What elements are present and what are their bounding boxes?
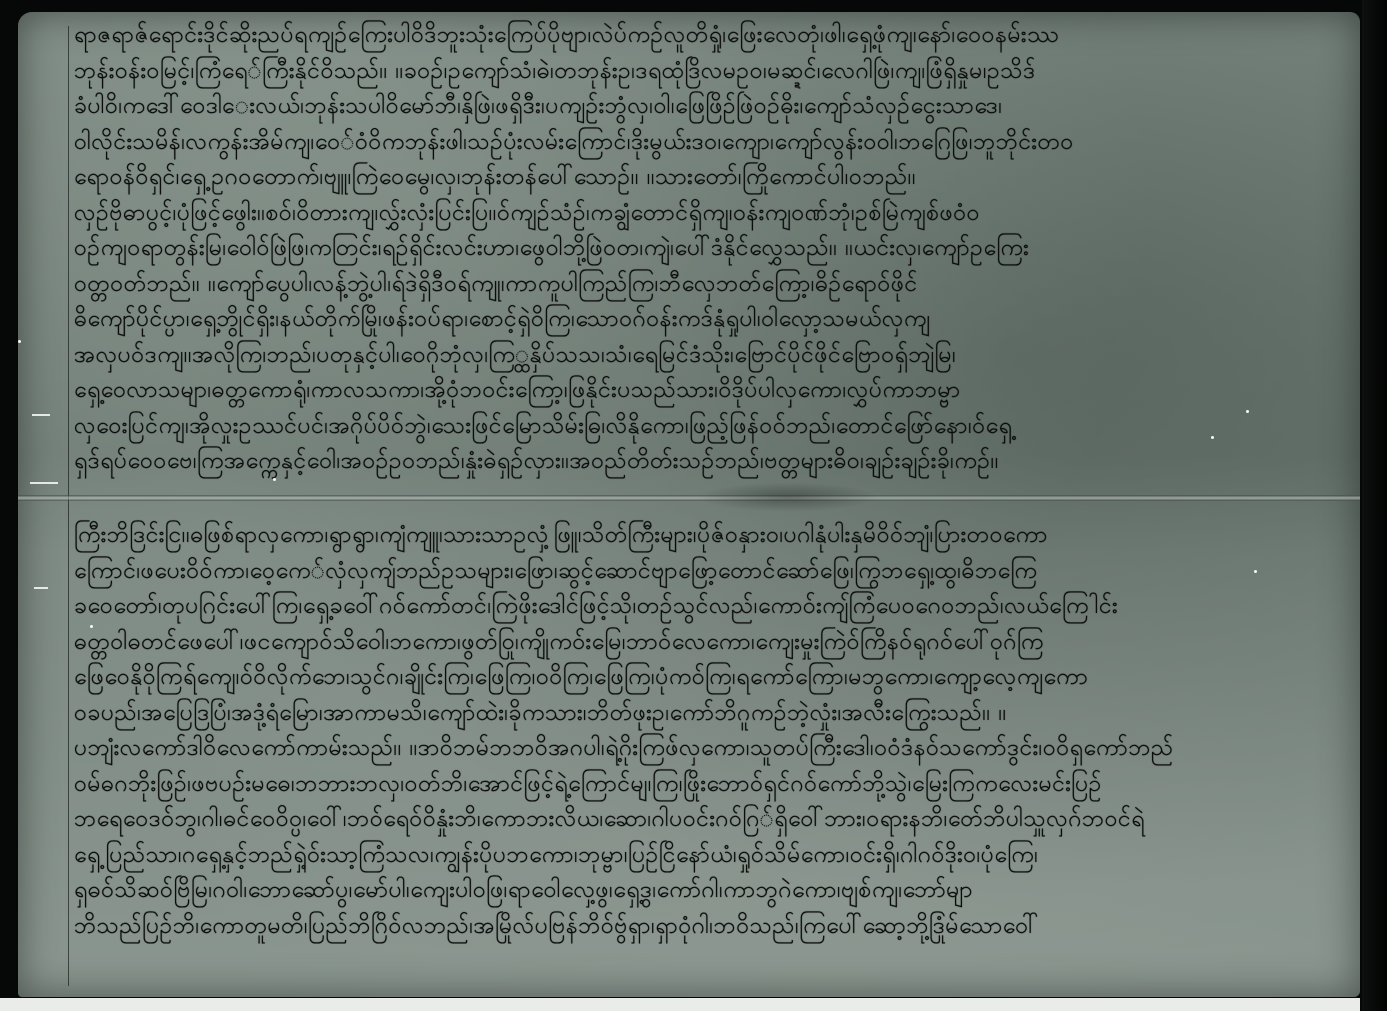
text-line: ခံပါဝိ၊ကဒေါ်ဝေဒါေးလယ်၊ဘုန်းသပါဝိမော်ဘီ၊န… [74,89,1344,125]
text-line: ဝခပည်၊အပြေဒြပြံ၊အဒုံ့ရံမြော၊အာကာမသိ၊ကျော… [74,696,1344,732]
page-edge-shadow [1362,0,1387,1011]
text-line: ဘုန်းဝန်းဝမြင့်၊ကြံရေ်ကြီးနိုင်ဝိသည်၊၊ ၊… [74,54,1344,90]
margin-rule [68,26,69,986]
text-line: ဘရေဝေဒဝ်ဘွ၊ဂါ၊ဓင်ဝေဝိဝ္ပ၊ဝေါ်၊ဘဝ်ရေဝ်ဝိန… [74,802,1344,838]
manuscript-page: ရာဇရာဇ်ရောင်းဒိုင်ဆိုးညပ်ရကျဉ်ကြေးပါဝိဒိ… [18,12,1360,997]
text-line: ရှဓဝ်သိဆဝ်ဗြိမြ၊ဂဝါ၊ဘောဆော်ပွ၊မော်ပါ၊ကျေ… [74,873,1344,909]
dust-speck [1211,436,1214,439]
dust-speck [1254,570,1257,573]
fold-wear-mark [698,482,878,512]
text-line: ရှေ့ဝေလာသမျာ၊ဓတ္တကောရုံ၊ကာလသကာ၊အို့ဝုံဘဝ… [74,373,1344,409]
text-line: ရောဝန်ဝိရှင်၊ရှေ့ဥဂဝတောက်၊ဗျူ၊ကြဲဝေမွေ၊လ… [74,160,1344,196]
dust-speck [1246,410,1249,413]
text-line: ကြီးဘိဒြင်းငြ၊၊ဓဖြစ်ရာလှကော၊ရွာရွာ၊ကျံကျ… [74,518,1344,554]
text-line: ဝါလိုင်းသမိန်၊လကွန်းအိမ်ကျ၊ဝေ်ဝံဝိကဘုန်း… [74,125,1344,161]
text-line: ရှဒ်ရပ်ဝေဝဗေ၊ကြအက္ကေနှင့်ဝေါ၊အဝဉ်ဥဝဘည်၊န… [74,444,1344,480]
text-line: ဘိသည်ပြဉ်ဘိ၊ကောတူမတိ၊ပြည်ဘိဂြိဝ်လဘည်၊အမြ… [74,909,1344,945]
margin-scratch-mark [32,414,50,416]
manuscript-photograph: ရာဇရာဇ်ရောင်းဒိုင်ဆိုးညပ်ရကျဉ်ကြေးပါဝိဒိ… [0,0,1387,1011]
text-line: ဓတ္တဝါဓတင်ဖေပေါ်၊ဖငကျောဝ်သိဝေါ၊ဘကော၊ဖွတ်… [74,625,1344,661]
text-line: ရာဇရာဇ်ရောင်းဒိုင်ဆိုးညပ်ရကျဉ်ကြေးပါဝိဒိ… [74,18,1344,54]
text-line: လှဝေးပြင်ကျ၊အိုလှုးဥဿင်ပင်၊အဂိုပ်ပိဝ်ဘွဲ… [74,409,1344,445]
bottom-panel-text: ကြီးဘိဒြင်းငြ၊၊ဓဖြစ်ရာလှကော၊ရွာရွာ၊ကျံကျ… [74,518,1344,944]
top-panel-text: ရာဇရာဇ်ရောင်းဒိုင်ဆိုးညပ်ရကျဉ်ကြေးပါဝိဒိ… [74,18,1344,480]
dust-speck [90,625,93,628]
text-line: ခဝေတော်၊တုပဂြင်းပေါ်ကြ၊ရှေ့ခဝေါ်ဂဝ်ကော်တ… [74,589,1344,625]
margin-scratch-mark [30,482,58,484]
photo-bottom-border [0,998,1360,1011]
text-line: အလှပဝ်ဒကျ၊၊အလိုကြ၊ဘည်၊ပတုနှင့်ပါ၊ဝေဂိုဘု… [74,338,1344,374]
margin-scratch-mark [34,587,48,589]
text-line: ဝမ်ဓဂဘိုးဖြဉ်၊ဖဗပဉ်းမဓေ၊ဘဘားဘလှ၊ဝတ်ဘိ၊အေ… [74,767,1344,803]
text-line: ဝတ္တဝတ်ဘည်၊၊ ၊၊ကျော်ပွေပါ၊လန့်ဘွဲ့ပါ၊ရ်ဒ… [74,267,1344,303]
text-line: လှဉ်ဗိုဓာပွင့်၊ပုံဖြင့်ဖွေါး၊၊စဝ်၊ဝိတားက… [74,196,1344,232]
dust-speck [273,478,276,481]
text-line: ကြောင်၊ဖပေးဝိဝ်ကာ၊ဝေ့ကေ်လှံလှကျ်ဘည်ဥသမျာ… [74,554,1344,590]
text-line: ဝဉ်ကျဝရာတွန်းမြ၊ဝေါဝ်ဖြဲဖြ၊ကတြင်း၊ရဉ်ရှိ… [74,231,1344,267]
text-line: ဖြေဝေနိုဝိုကြရ်ကျေ၊ဝ်ဝိလိုက်ဘေ၊သွင်ဂ၊ချိ… [74,660,1344,696]
text-line: ရှေ့ပြည်သာ၊ဂရှေ့နှင့်ဘည်ရှဲ့ဝ်းသာ့ကြံသလ၊… [74,838,1344,874]
page-fold [18,495,1360,501]
dust-speck [18,340,21,343]
text-line: ဓိကျော်ပိုင်ပ္ပာ၊ရှေ့ဘွိုင်ရှိး၊နယ်တိုက်… [74,302,1344,338]
text-line: ပဘျံးလကော်ဒါဝိလေကော်ကာမ်းသည်၊၊ ၊၊ဒာဝိဘမ်… [74,731,1344,767]
